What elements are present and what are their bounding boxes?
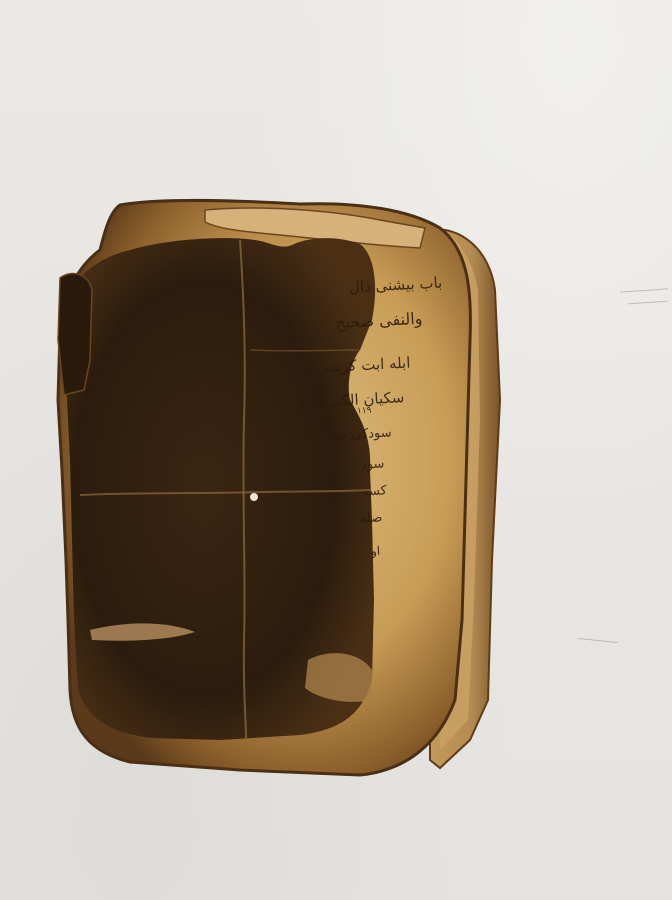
minor-crease: [250, 350, 360, 351]
text-line-6: سود: [360, 457, 384, 471]
manuscript-page: [0, 0, 672, 900]
text-line-5: سودكى طو: [330, 426, 392, 442]
text-line-2: والنفى صحيح: [334, 311, 422, 332]
left-flake: [58, 274, 92, 395]
margin-annotation: ١١٩: [357, 407, 372, 417]
text-line-8: صله: [359, 511, 382, 525]
text-line-7: كسه: [362, 484, 387, 498]
white-speck: [250, 493, 258, 501]
text-line-9: او: [371, 545, 381, 557]
